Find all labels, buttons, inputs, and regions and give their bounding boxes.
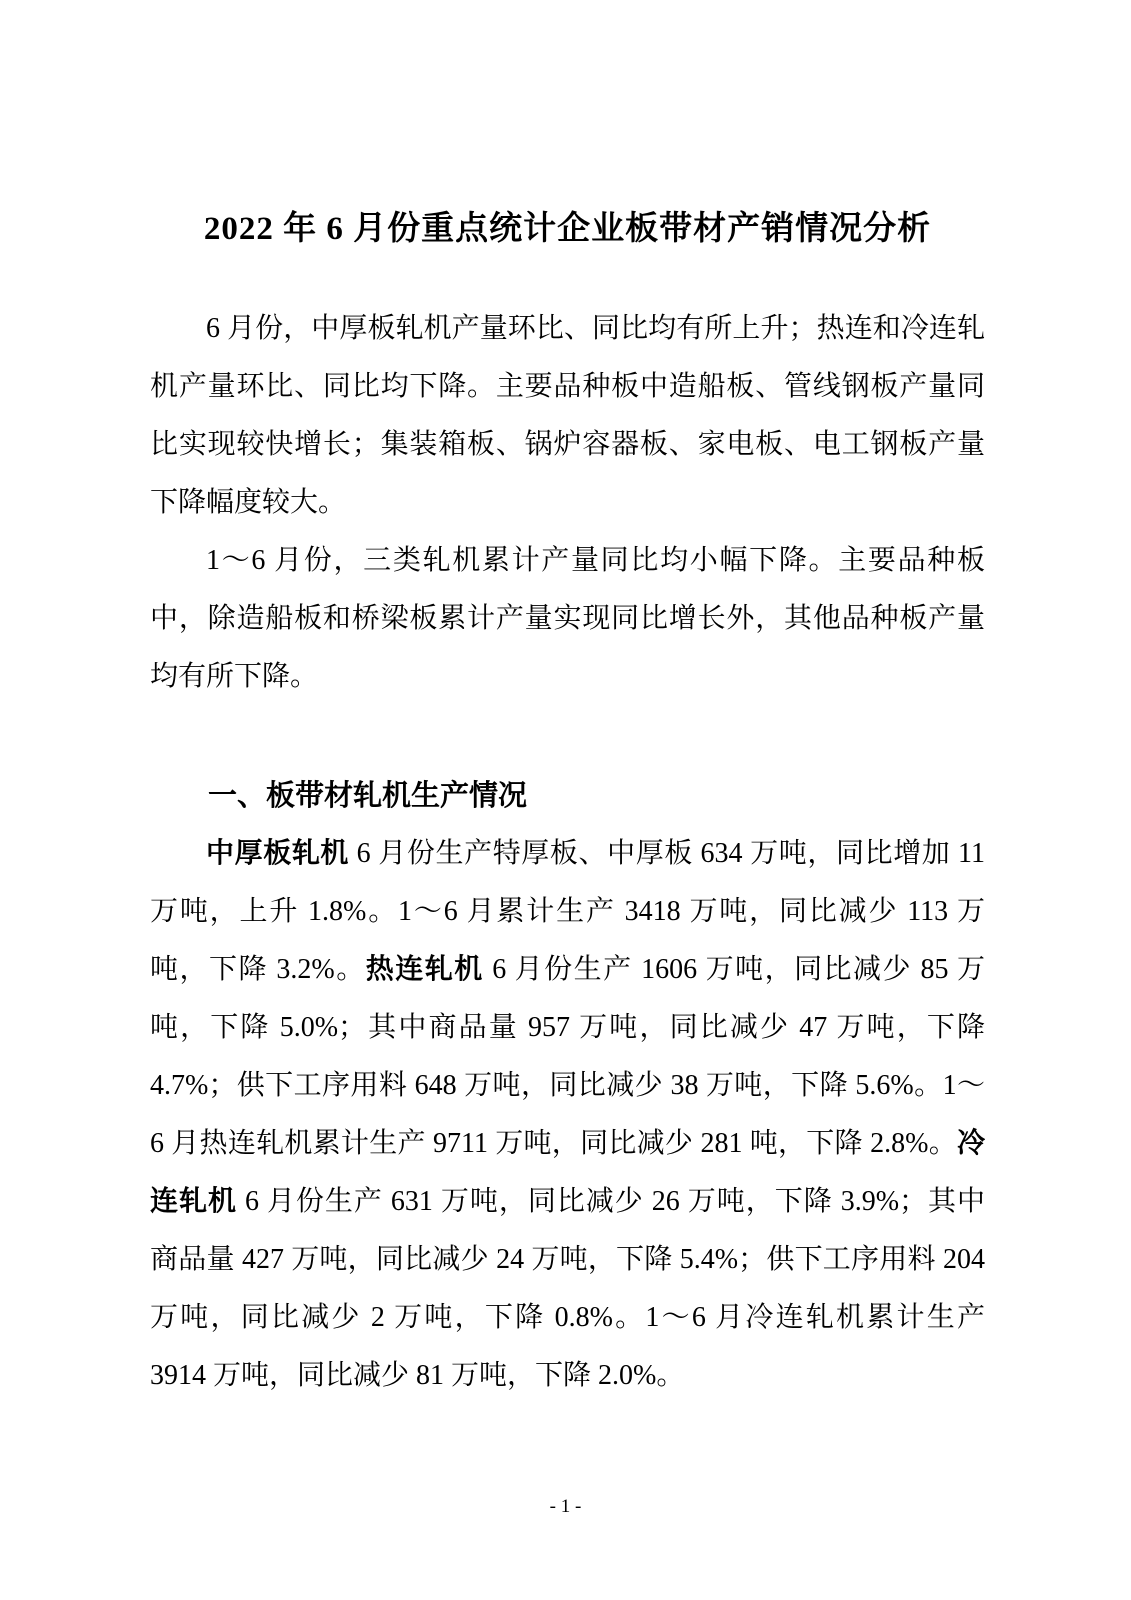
bold-text-run: 热连轧机	[366, 954, 484, 985]
page-number: - 1 -	[0, 1494, 1131, 1520]
section-heading-mill-production: 一、板带材轧机生产情况	[150, 767, 985, 825]
paragraph-june-overview: 6 月份，中厚板轧机产量环比、同比均有所上升；热连和冷连轧机产量环比、同比均下降…	[150, 300, 985, 532]
paragraph-cumulative-overview: 1～6 月份，三类轧机累计产量同比均小幅下降。主要品种板中，除造船板和桥梁板累计…	[150, 532, 985, 706]
paragraph-mill-production-detail: 中厚板轧机 6 月份生产特厚板、中厚板 634 万吨，同比增加 11 万吨，上升…	[150, 825, 985, 1405]
text-run: 6 月份生产 631 万吨，同比减少 26 万吨，下降 3.9%；其中商品量 4…	[150, 1186, 985, 1391]
document-title: 2022 年 6 月份重点统计企业板带材产销情况分析	[150, 0, 985, 253]
bold-text-run: 中厚板轧机	[206, 838, 349, 869]
document-page: 2022 年 6 月份重点统计企业板带材产销情况分析 6 月份，中厚板轧机产量环…	[0, 0, 1131, 1600]
